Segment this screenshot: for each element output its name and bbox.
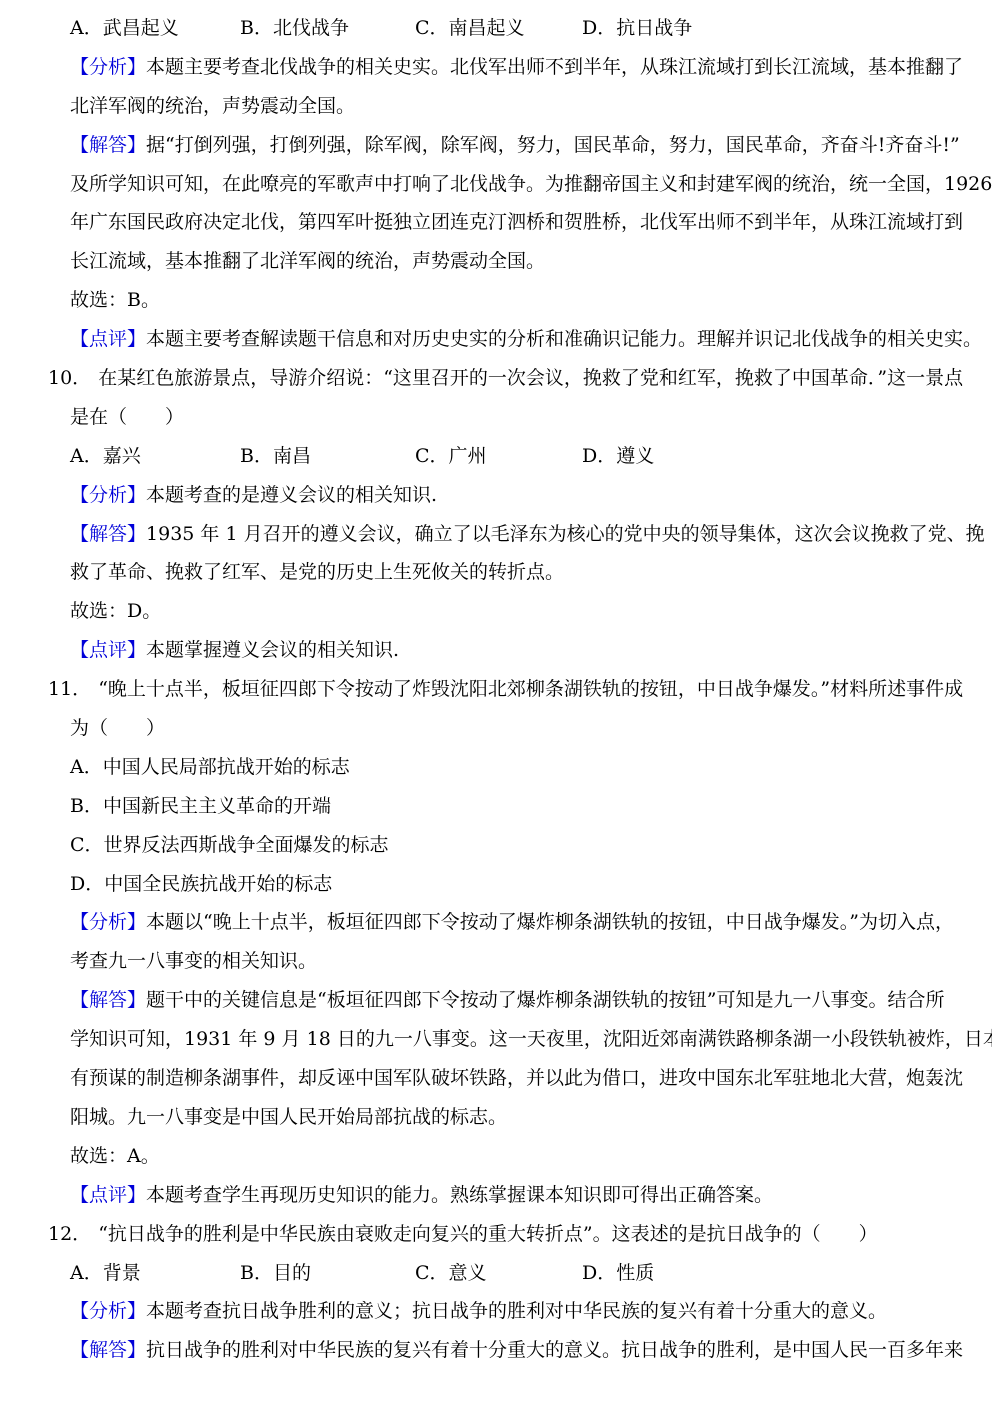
option-item: A．背景: [70, 1254, 240, 1293]
line-text: 救了革命、挽救了红军、是党的历史上生死攸关的转折点。: [70, 561, 564, 583]
line-text: 题干中的关键信息是“板垣征四郎下令按动了爆炸柳条湖铁轨的按钮”可知是九一八事变。…: [146, 989, 944, 1011]
text-line: B．中国新民主主义革命的开端: [0, 787, 992, 826]
option-item: A．嘉兴: [70, 437, 240, 476]
labeled-line: 【分析】本题考查的是遵义会议的相关知识.: [0, 476, 992, 515]
option-item: B．目的: [240, 1254, 415, 1293]
labeled-line: 【解答】题干中的关键信息是“板垣征四郎下令按动了爆炸柳条湖铁轨的按钮”可知是九一…: [0, 981, 992, 1020]
option-item: A．武昌起义: [70, 9, 240, 48]
line-text: 本题考查学生再现历史知识的能力。熟练掌握课本知识即可得出正确答案。: [146, 1184, 773, 1206]
question-line: 10．在某红色旅游景点，导游介绍说：“这里召开的一次会议，挽救了党和红军，挽救了…: [0, 359, 992, 398]
line-text: 有预谋的制造柳条湖事件，却反诬中国军队破坏铁路，并以此为借口，进攻中国东北军驻地…: [70, 1067, 963, 1089]
document-body: A．武昌起义B．北伐战争C．南昌起义D．抗日战争【分析】本题主要考查北伐战争的相…: [0, 9, 992, 1370]
option-item: C．广州: [415, 437, 582, 476]
line-text: 本题主要考查解读题干信息和对历史史实的分析和准确识记能力。理解并识记北伐战争的相…: [146, 328, 982, 350]
section-label: 【点评】: [70, 328, 146, 350]
question-number: 11．: [48, 670, 91, 709]
text-line: 是在（ ）: [0, 398, 992, 437]
section-label: 【点评】: [70, 639, 146, 661]
section-label: 【分析】: [70, 1300, 146, 1322]
line-text: 本题考查抗日战争胜利的意义；抗日战争的胜利对中华民族的复兴有着十分重大的意义。: [146, 1300, 887, 1322]
text-line: 故选：A。: [0, 1137, 992, 1176]
line-text: 故选：A。: [70, 1145, 160, 1167]
labeled-line: 【点评】本题考查学生再现历史知识的能力。熟练掌握课本知识即可得出正确答案。: [0, 1176, 992, 1215]
labeled-line: 【分析】本题考查抗日战争胜利的意义；抗日战争的胜利对中华民族的复兴有着十分重大的…: [0, 1292, 992, 1331]
section-label: 【解答】: [70, 134, 146, 156]
text-line: 北洋军阀的统治，声势震动全国。: [0, 87, 992, 126]
text-line: 故选：B。: [0, 281, 992, 320]
line-text: 长江流域，基本推翻了北洋军阀的统治，声势震动全国。: [70, 250, 545, 272]
text-line: 有预谋的制造柳条湖事件，却反诬中国军队破坏铁路，并以此为借口，进攻中国东北军驻地…: [0, 1059, 992, 1098]
labeled-line: 【点评】本题主要考查解读题干信息和对历史史实的分析和准确识记能力。理解并识记北伐…: [0, 320, 992, 359]
question-line: 12．“抗日战争的胜利是中华民族由衰败走向复兴的重大转折点”。这表述的是抗日战争…: [0, 1215, 992, 1254]
section-label: 【点评】: [70, 1184, 146, 1206]
section-label: 【分析】: [70, 56, 146, 78]
line-text: 抗日战争的胜利对中华民族的复兴有着十分重大的意义。抗日战争的胜利，是中国人民一百…: [146, 1339, 963, 1361]
option-item: B．南昌: [240, 437, 415, 476]
line-text: “抗日战争的胜利是中华民族由衰败走向复兴的重大转折点”。这表述的是抗日战争的（ …: [98, 1223, 877, 1245]
question-line: 11．“晚上十点半，板垣征四郎下令按动了炸毁沈阳北郊柳条湖铁轨的按钮，中日战争爆…: [0, 670, 992, 709]
line-text: B．中国新民主主义革命的开端: [70, 795, 331, 817]
section-label: 【解答】: [70, 1339, 146, 1361]
line-text: A．中国人民局部抗战开始的标志: [70, 756, 350, 778]
section-label: 【解答】: [70, 989, 146, 1011]
labeled-line: 【分析】本题主要考查北伐战争的相关史实。北伐军出师不到半年，从珠江流域打到长江流…: [0, 48, 992, 87]
option-item: D．抗日战争: [582, 9, 692, 48]
line-text: 本题以“晚上十点半，板垣征四郎下令按动了爆炸柳条湖铁轨的按钮，中日战争爆发。”为…: [146, 911, 954, 933]
line-text: 故选：B。: [70, 289, 160, 311]
text-line: 为（ ）: [0, 709, 992, 748]
line-text: “晚上十点半，板垣征四郎下令按动了炸毁沈阳北郊柳条湖铁轨的按钮，中日战争爆发。”…: [98, 678, 963, 700]
text-line: C．世界反法西斯战争全面爆发的标志: [0, 826, 992, 865]
labeled-line: 【点评】本题掌握遵义会议的相关知识.: [0, 631, 992, 670]
line-text: 在某红色旅游景点，导游介绍说：“这里召开的一次会议，挽救了党和红军，挽救了中国革…: [98, 367, 963, 389]
text-line: D．中国全民族抗战开始的标志: [0, 865, 992, 904]
labeled-line: 【分析】本题以“晚上十点半，板垣征四郎下令按动了爆炸柳条湖铁轨的按钮，中日战争爆…: [0, 903, 992, 942]
options-row: A．嘉兴B．南昌C．广州D．遵义: [0, 437, 992, 476]
text-line: 救了革命、挽救了红军、是党的历史上生死攸关的转折点。: [0, 553, 992, 592]
line-text: 本题主要考查北伐战争的相关史实。北伐军出师不到半年，从珠江流域打到长江流域，基本…: [146, 56, 963, 78]
text-line: 年广东国民政府决定北伐，第四军叶挺独立团连克汀泗桥和贺胜桥，北伐军出师不到半年，…: [0, 203, 992, 242]
text-line: 考查九一八事变的相关知识。: [0, 942, 992, 981]
option-item: C．南昌起义: [415, 9, 582, 48]
labeled-line: 【解答】抗日战争的胜利对中华民族的复兴有着十分重大的意义。抗日战争的胜利，是中国…: [0, 1331, 992, 1370]
text-line: 阳城。九一八事变是中国人民开始局部抗战的标志。: [0, 1098, 992, 1137]
line-text: 是在（ ）: [70, 406, 184, 428]
line-text: C．世界反法西斯战争全面爆发的标志: [70, 834, 389, 856]
option-item: D．性质: [582, 1254, 654, 1293]
labeled-line: 【解答】据“打倒列强，打倒列强，除军阀，除军阀，努力，国民革命，努力，国民革命，…: [0, 126, 992, 165]
options-row: A．背景B．目的C．意义D．性质: [0, 1254, 992, 1293]
option-item: D．遵义: [582, 437, 654, 476]
text-line: 学知识可知，1931 年 9 月 18 日的九一八事变。这一天夜里，沈阳近郊南满…: [0, 1020, 992, 1059]
option-item: B．北伐战争: [240, 9, 415, 48]
text-line: 长江流域，基本推翻了北洋军阀的统治，声势震动全国。: [0, 242, 992, 281]
text-line: A．中国人民局部抗战开始的标志: [0, 748, 992, 787]
question-number: 12．: [48, 1215, 91, 1254]
line-text: 年广东国民政府决定北伐，第四军叶挺独立团连克汀泗桥和贺胜桥，北伐军出师不到半年，…: [70, 211, 963, 233]
text-line: 故选：D。: [0, 592, 992, 631]
line-text: 学知识可知，1931 年 9 月 18 日的九一八事变。这一天夜里，沈阳近郊南满…: [70, 1028, 992, 1050]
line-text: D．中国全民族抗战开始的标志: [70, 873, 332, 895]
exam-answer-document: A．武昌起义B．北伐战争C．南昌起义D．抗日战争【分析】本题主要考查北伐战争的相…: [0, 0, 992, 1403]
line-text: 据“打倒列强，打倒列强，除军阀，除军阀，努力，国民革命，努力，国民革命，齐奋斗!…: [146, 134, 960, 156]
labeled-line: 【解答】1935 年 1 月召开的遵义会议，确立了以毛泽东为核心的党中央的领导集…: [0, 515, 992, 554]
line-text: 为（ ）: [70, 717, 165, 739]
line-text: 本题掌握遵义会议的相关知识.: [146, 639, 399, 661]
line-text: 本题考查的是遵义会议的相关知识.: [146, 484, 437, 506]
section-label: 【分析】: [70, 484, 146, 506]
line-text: 故选：D。: [70, 600, 161, 622]
option-item: C．意义: [415, 1254, 582, 1293]
line-text: 考查九一八事变的相关知识。: [70, 950, 317, 972]
line-text: 1935 年 1 月召开的遵义会议，确立了以毛泽东为核心的党中央的领导集体，这次…: [146, 523, 985, 545]
line-text: 北洋军阀的统治，声势震动全国。: [70, 95, 355, 117]
line-text: 阳城。九一八事变是中国人民开始局部抗战的标志。: [70, 1106, 507, 1128]
line-text: 及所学知识可知，在此嘹亮的军歌声中打响了北伐战争。为推翻帝国主义和封建军阀的统治…: [70, 173, 992, 195]
text-line: 及所学知识可知，在此嘹亮的军歌声中打响了北伐战争。为推翻帝国主义和封建军阀的统治…: [0, 165, 992, 204]
section-label: 【解答】: [70, 523, 146, 545]
options-row: A．武昌起义B．北伐战争C．南昌起义D．抗日战争: [0, 9, 992, 48]
section-label: 【分析】: [70, 911, 146, 933]
question-number: 10．: [48, 359, 91, 398]
